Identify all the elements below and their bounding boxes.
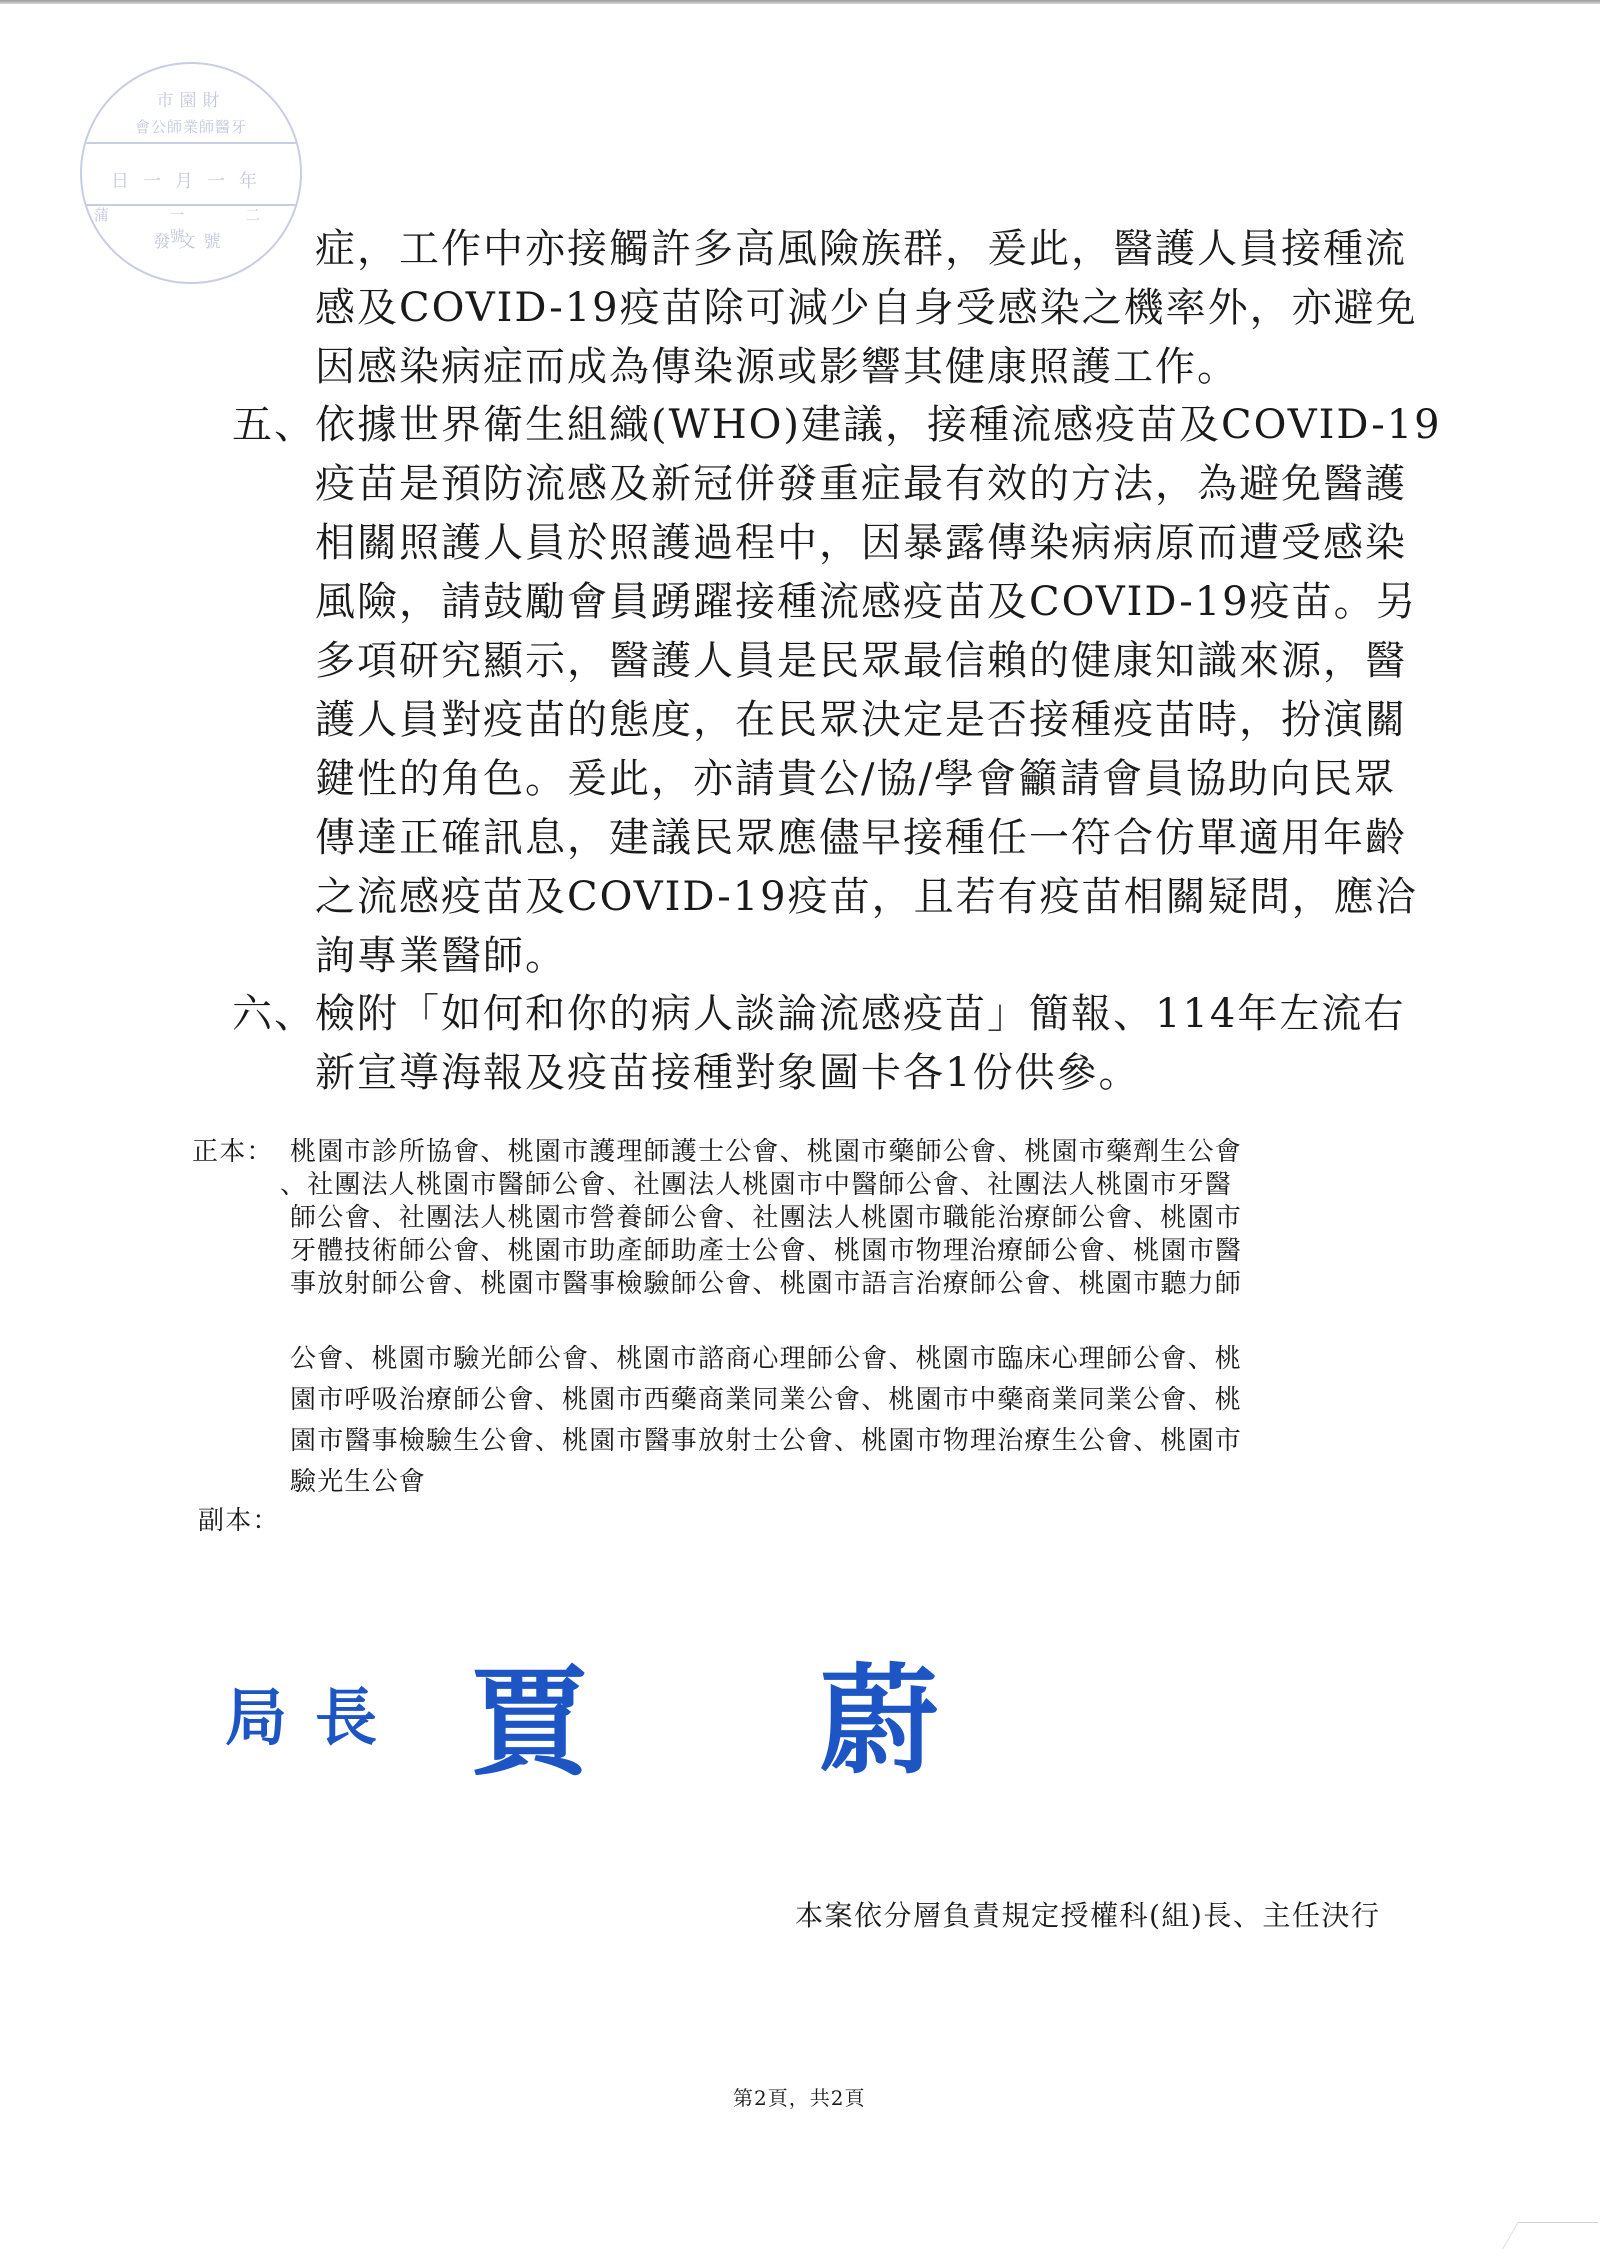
body-line: 感及COVID-19疫苗除可減少自身受感染之機率外，亦避免 bbox=[315, 284, 1418, 332]
stamp-divider bbox=[82, 142, 300, 144]
primary-recipients-label: 正本： bbox=[192, 1136, 274, 1168]
body-line: 多項研究顯示，醫護人員是民眾最信賴的健康知識來源，醫 bbox=[315, 637, 1407, 685]
stamp-line-5: 發文號 bbox=[82, 227, 300, 252]
body-line: 護人員對疫苗的態度，在民眾決定是否接種疫苗時，扮演關 bbox=[315, 696, 1407, 744]
authorization-note: 本案依分層負責規定授權科(組)長、主任決行 bbox=[795, 1898, 1380, 1934]
body-line: 鍵性的角色。爰此，亦請貴公/協/學會籲請會員協助向民眾 bbox=[315, 755, 1396, 803]
recipient-line: 園市呼吸治療師公會、桃園市西藥商業同業公會、桃園市中藥商業同業公會、桃 bbox=[290, 1384, 1242, 1416]
body-line: 詢專業醫師。 bbox=[315, 932, 567, 980]
body-line: 因感染病症而成為傳染源或影響其健康照護工作。 bbox=[315, 343, 1239, 391]
body-line: 新宣導海報及疫苗接種對象圖卡各1份供參。 bbox=[315, 1049, 1140, 1097]
paper-corner-fold bbox=[1502, 2222, 1599, 2249]
stamp-line-3: 日一月一年 bbox=[82, 167, 300, 193]
item-marker: 五、 bbox=[232, 401, 316, 449]
recipient-line: 桃園市診所協會、桃園市護理師護士公會、桃園市藥師公會、桃園市藥劑生公會 bbox=[290, 1136, 1242, 1168]
body-line: 症，工作中亦接觸許多高風險族群，爰此，醫護人員接種流 bbox=[315, 225, 1407, 273]
body-line: 傳達正確訊息，建議民眾應儘早接種任一符合仿單適用年齡 bbox=[315, 814, 1407, 862]
body-line: 依據世界衛生組織(WHO)建議，接種流感疫苗及COVID-19 bbox=[315, 401, 1442, 449]
recipient-line: 公會、桃園市驗光師公會、桃園市諮商心理師公會、桃園市臨床心理師公會、桃 bbox=[290, 1343, 1242, 1375]
recipient-line: 事放射師公會、桃園市醫事檢驗師公會、桃園市語言治療師公會、桃園市聽力師 bbox=[290, 1268, 1242, 1300]
page-number: 第2頁，共2頁 bbox=[733, 2085, 865, 2111]
body-line: 之流感疫苗及COVID-19疫苗，且若有疫苗相關疑問，應洽 bbox=[315, 873, 1418, 921]
body-line: 相關照護人員於照護過程中，因暴露傳染病病原而遭受感染 bbox=[315, 519, 1407, 567]
signature-surname: 賈 bbox=[470, 1628, 588, 1798]
body-line: 疫苗是預防流感及新冠併發重症最有效的方法，為避免醫護 bbox=[315, 460, 1407, 508]
scan-top-edge bbox=[0, 0, 1600, 4]
receipt-stamp: 市園財 會公師業師醫牙 日一月一年 蒲 一 二 號 發文號 bbox=[80, 62, 302, 284]
recipient-line: 師公會、社團法人桃園市營養師公會、社團法人桃園市職能治療師公會、桃園市 bbox=[290, 1202, 1242, 1234]
copy-recipients-label: 副本： bbox=[198, 1505, 280, 1537]
item-marker: 六、 bbox=[232, 990, 316, 1038]
recipient-line: 園市醫事檢驗生公會、桃園市醫事放射士公會、桃園市物理治療生公會、桃園市 bbox=[290, 1425, 1242, 1457]
recipient-line: 驗光生公會 bbox=[290, 1466, 426, 1498]
signature-given-name: 蔚 bbox=[820, 1626, 938, 1796]
recipient-line: 牙體技術師公會、桃園市助產師助產士公會、桃園市物理治療師公會、桃園市醫 bbox=[290, 1235, 1242, 1267]
body-line: 檢附「如何和你的病人談論流感疫苗」簡報、114年左流右 bbox=[315, 990, 1405, 1038]
body-line: 風險，請鼓勵會員踴躍接種流感疫苗及COVID-19疫苗。另 bbox=[315, 578, 1418, 626]
stamp-line-2: 會公師業師醫牙 bbox=[82, 116, 300, 137]
signature-title: 局長 bbox=[225, 1668, 405, 1757]
stamp-line-1: 市園財 bbox=[82, 86, 300, 111]
recipient-line: 、社團法人桃園市醫師公會、社團法人桃園市中醫師公會、社團法人桃園市牙醫 bbox=[280, 1169, 1232, 1201]
